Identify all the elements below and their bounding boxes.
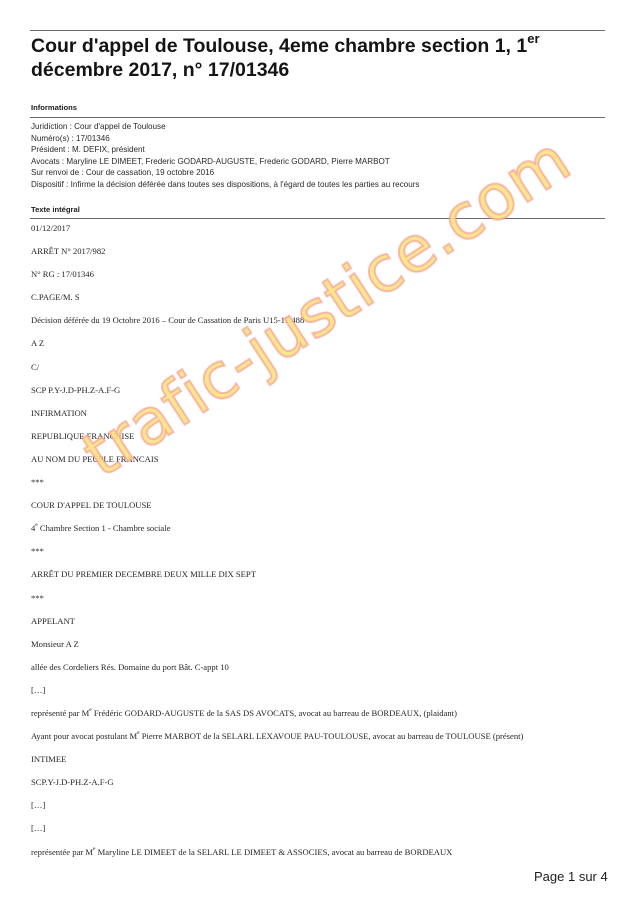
body-line-text: ARRÊT DU PREMIER DECEMBRE DEUX MILLE DIX… xyxy=(31,569,256,579)
informations-block: Juridiction : Cour d'appel de ToulouseNu… xyxy=(31,121,419,191)
body-line-superscript: e xyxy=(93,846,95,852)
body-line-text: Chambre Section 1 - Chambre sociale xyxy=(38,523,171,533)
body-line-superscript: e xyxy=(35,522,37,528)
body-line: INTIMEE xyxy=(31,753,523,776)
body-line: C.PAGE/M. S xyxy=(31,291,523,314)
body-line: ARRÊT N° 2017/982 xyxy=(31,245,523,268)
body-line: C/ xyxy=(31,361,523,384)
title-line2: décembre 2017, n° 17/01346 xyxy=(31,59,289,81)
body-line: allée des Cordeliers Rés. Domaine du por… xyxy=(31,661,523,684)
body-line-superscript: e xyxy=(89,707,91,713)
body-line-prefix: Ayant pour avocat postulant M xyxy=(31,731,137,741)
body-line-text: Monsieur A Z xyxy=(31,639,79,649)
info-line: Sur renvoi de : Cour de cassation, 19 oc… xyxy=(31,167,419,179)
info-line: Président : M. DEFIX, président xyxy=(31,144,419,156)
informations-rule xyxy=(30,117,605,118)
body-line-text: Pierre MARBOT de la SELARL LEXAVOUE PAU-… xyxy=(140,731,524,741)
top-rule xyxy=(30,30,605,31)
body-line-text: SCP P.Y-J.D-PH.Z-A.F-G xyxy=(31,385,120,395)
body-line-text: INTIMEE xyxy=(31,754,66,764)
body-line-prefix: représentée par M xyxy=(31,847,93,857)
texte-integral-rule xyxy=(30,218,605,219)
body-line: Ayant pour avocat postulant Me Pierre MA… xyxy=(31,730,523,753)
body-line-text: AU NOM DU PEUPLE FRANCAIS xyxy=(31,454,159,464)
body-line-text: […] xyxy=(31,823,45,833)
body-line: SCP P.Y-J.D-PH.Z-A.F-G xyxy=(31,384,523,407)
body-line-text: APPELANT xyxy=(31,616,75,626)
body-line-text: ARRÊT N° 2017/982 xyxy=(31,246,105,256)
info-line: Avocats : Maryline LE DIMEET, Frederic G… xyxy=(31,156,419,168)
body-line-text: *** xyxy=(31,546,44,556)
body-line-text: 01/12/2017 xyxy=(31,223,70,233)
title-superscript: er xyxy=(527,31,539,46)
body-line: APPELANT xyxy=(31,615,523,638)
info-line: Juridiction : Cour d'appel de Toulouse xyxy=(31,121,419,133)
body-line-text: Frédéric GODARD-AUGUSTE de la SAS DS AVO… xyxy=(92,708,457,718)
body-line-text: Décision déférée du 19 Octobre 2016 – Co… xyxy=(31,315,304,325)
body-line-text: […] xyxy=(31,685,45,695)
body-line: SCP.Y-J.D-PH.Z-A.F-G xyxy=(31,776,523,799)
body-line-text: C/ xyxy=(31,362,39,372)
body-line: […] xyxy=(31,799,523,822)
body-line: 01/12/2017 xyxy=(31,222,523,245)
body-line-text: A Z xyxy=(31,338,44,348)
body-line-superscript: e xyxy=(137,730,139,736)
body-line: ARRÊT DU PREMIER DECEMBRE DEUX MILLE DIX… xyxy=(31,568,523,591)
body-line: N° RG : 17/01346 xyxy=(31,268,523,291)
page-title: Cour d'appel de Toulouse, 4eme chambre s… xyxy=(31,34,591,82)
body-line-text: REPUBLIQUE FRANCAISE xyxy=(31,431,134,441)
body-line: *** xyxy=(31,476,523,499)
body-line-text: COUR D'APPEL DE TOULOUSE xyxy=(31,500,152,510)
body-line-text: INFIRMATION xyxy=(31,408,87,418)
body-line: *** xyxy=(31,545,523,568)
body-line: INFIRMATION xyxy=(31,407,523,430)
body-line-text: allée des Cordeliers Rés. Domaine du por… xyxy=(31,662,229,672)
body-line-text: […] xyxy=(31,800,45,810)
body-line: *** xyxy=(31,592,523,615)
body-line-text: Maryline LE DIMEET de la SELARL LE DIMEE… xyxy=(96,847,453,857)
body-line: […] xyxy=(31,684,523,707)
info-line: Numéro(s) : 17/01346 xyxy=(31,133,419,145)
document-page: Cour d'appel de Toulouse, 4eme chambre s… xyxy=(0,0,636,900)
title-main: Cour d'appel de Toulouse, 4eme chambre s… xyxy=(31,35,527,57)
body-line: […] xyxy=(31,822,523,845)
informations-heading: Informations xyxy=(31,103,77,112)
body-line-text: *** xyxy=(31,593,44,603)
body-line: AU NOM DU PEUPLE FRANCAIS xyxy=(31,453,523,476)
body-line: COUR D'APPEL DE TOULOUSE xyxy=(31,499,523,522)
body-line: représenté par Me Frédéric GODARD-AUGUST… xyxy=(31,707,523,730)
body-line-text: SCP.Y-J.D-PH.Z-A.F-G xyxy=(31,777,114,787)
body-line-text: C.PAGE/M. S xyxy=(31,292,80,302)
texte-integral-heading: Texte intégral xyxy=(31,205,80,214)
info-line: Dispositif : Infirme la décision déférée… xyxy=(31,179,419,191)
body-line: Monsieur A Z xyxy=(31,638,523,661)
body-line: Décision déférée du 19 Octobre 2016 – Co… xyxy=(31,314,523,337)
body-line: représentée par Me Maryline LE DIMEET de… xyxy=(31,846,523,869)
page-indicator: Page 1 sur 4 xyxy=(534,869,608,884)
body-line: REPUBLIQUE FRANCAISE xyxy=(31,430,523,453)
body-line-text: *** xyxy=(31,477,44,487)
body-line-prefix: représenté par M xyxy=(31,708,89,718)
body-line: A Z xyxy=(31,337,523,360)
texte-integral-body: 01/12/2017ARRÊT N° 2017/982N° RG : 17/01… xyxy=(31,222,523,869)
body-line: 4e Chambre Section 1 - Chambre sociale xyxy=(31,522,523,545)
body-line-text: N° RG : 17/01346 xyxy=(31,269,94,279)
